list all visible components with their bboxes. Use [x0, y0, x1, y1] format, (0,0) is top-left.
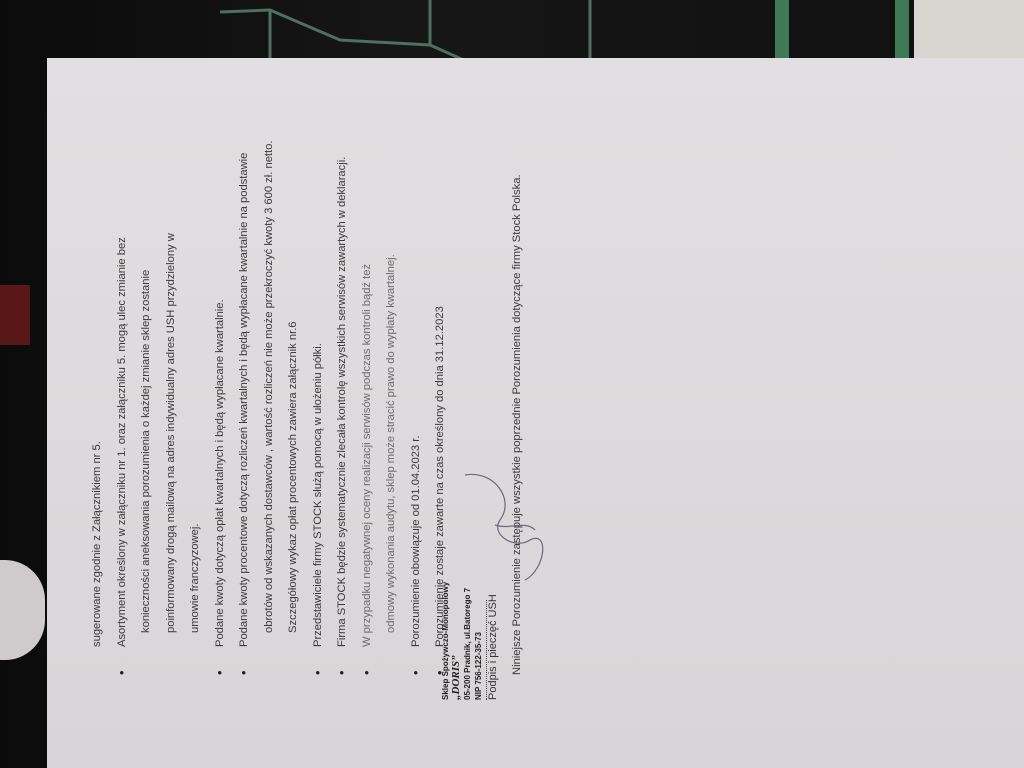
bullet-item: Podane kwoty procentowe dotyczą rozlicze…	[232, 75, 257, 661]
text-line: umowie franczyzowej.	[183, 75, 208, 661]
red-object	[0, 285, 30, 345]
document-body: sugerowane zgodnie z Załącznikiem nr 5. …	[85, 75, 465, 675]
bullet-item: Podane kwoty dotyczą opłat kwartalnych i…	[208, 75, 233, 661]
bullet-item: W przypadku negatywnej oceny realizacji …	[355, 75, 380, 661]
text-line: odmowy wykonania audytu, sklep może stra…	[379, 75, 404, 661]
signature-label: Podpis i pieczęć USH	[487, 570, 499, 700]
company-stamp: Sklep Spożywczo-Monopolowy „DORIS” 05-20…	[440, 570, 484, 700]
bullet-item: Porozumienie obowiązuje od 01.04.2023 r.	[404, 75, 429, 661]
text-line: obrotów od wskazanych dostawców , wartoś…	[257, 75, 282, 661]
bullet-item: Przedstawiciele firmy STOCK służą pomocą…	[306, 75, 331, 661]
bullet-item: Asortyment określony w załączniku nr 1. …	[110, 75, 135, 661]
bullet-item: Firma STOCK będzie systematycznie zlecał…	[330, 75, 355, 661]
bullet-list: Asortyment określony w załączniku nr 1. …	[110, 75, 453, 675]
text-line: Szczegółowy wykaz opłat procentowych zaw…	[281, 75, 306, 661]
text-line: konieczności aneksowania porozumienia o …	[134, 75, 159, 661]
text-line: sugerowane zgodnie z Załącznikiem nr 5.	[85, 75, 110, 675]
signature-block: Sklep Spożywczo-Monopolowy „DORIS” 05-20…	[440, 570, 690, 700]
text-line: poinformowany drogą mailową na adres ind…	[159, 75, 184, 661]
